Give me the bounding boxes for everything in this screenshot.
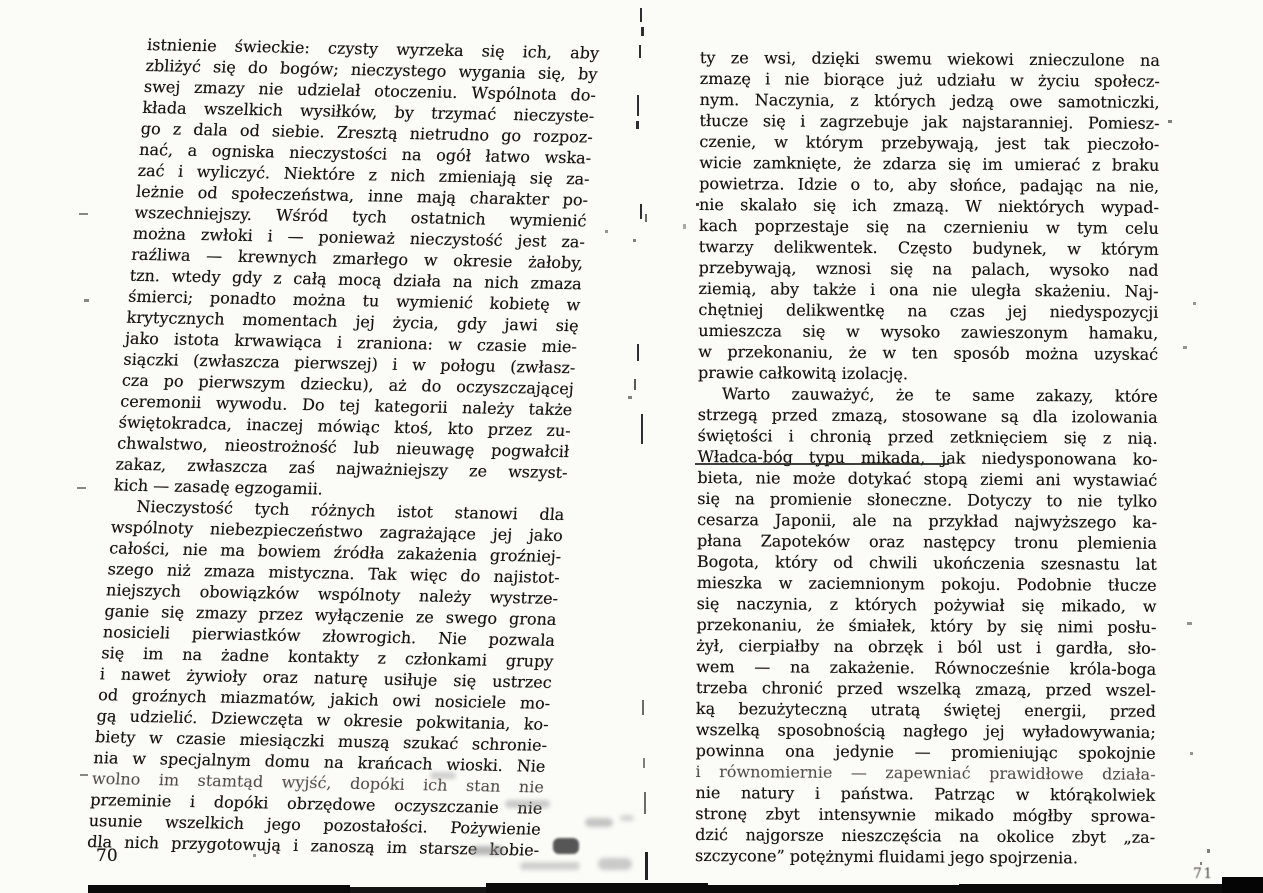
pencil-underline xyxy=(695,463,949,465)
margin-mark xyxy=(77,487,86,489)
text-line: kąbezużytecznąutratąświętejenergii,przed xyxy=(696,698,1156,722)
bottom-scan-bar xyxy=(88,885,350,893)
text-line: nym.Naczynia,zktórychjedząowesamotniczki… xyxy=(700,89,1160,113)
text-line: twarzydelikwentek.Częstobudynek,wktórym xyxy=(699,236,1159,260)
speck xyxy=(1193,302,1196,305)
text-line: żył,cierpiałbynaobrzękibólustigardła,sło… xyxy=(696,635,1156,659)
text-line: strzegąprzedzmazą,stosowanesądlaizolowan… xyxy=(698,404,1158,428)
margin-mark xyxy=(696,203,699,206)
gutter-fold-mark xyxy=(628,396,632,399)
text-line: chętniejdelikwentkęnaczasjejniedyspozycj… xyxy=(698,299,1158,323)
smudge xyxy=(430,772,456,779)
gutter-fold-mark xyxy=(637,344,639,361)
text-line: przekonaniu,żeśmiałek,którybysięnimiposł… xyxy=(696,614,1156,638)
margin-mark xyxy=(84,299,89,302)
gutter-fold-mark xyxy=(633,239,636,242)
text-line: czenie,wktórymprzebywają,jesttakpieczoło… xyxy=(699,131,1159,155)
smudge xyxy=(620,815,634,821)
text-line: irównomiernie—zapewniaćprawidłowedziała- xyxy=(696,761,1156,785)
gutter-fold-mark xyxy=(644,792,646,814)
text-line: Bogota,któryodchwiliukończeniaszesnastul… xyxy=(697,551,1157,575)
smudge xyxy=(520,862,580,870)
text-line: cesarzaJaponii,alenaprzykładnajwyższegok… xyxy=(697,509,1157,533)
bottom-scan-bar xyxy=(350,887,488,893)
speck xyxy=(1200,862,1202,865)
text-line: Wartozauważyć,żetesamezakazy,które xyxy=(698,383,1158,407)
text-line: zmazęiniebiorącejużudziałuwżyciuspołecz- xyxy=(700,68,1160,92)
page-number-left: 70 xyxy=(96,846,118,866)
text-line: nieskalałosięichzmazą.Wniektórychwypad- xyxy=(699,194,1159,218)
text-line: wprzekonaniu,żewtensposóbmożnauzyskać xyxy=(698,341,1158,365)
bottom-scan-bar xyxy=(1222,877,1263,893)
gutter-fold-mark xyxy=(642,700,644,715)
page-number-right: 71 xyxy=(1193,866,1214,882)
speck xyxy=(1190,752,1193,755)
margin-mark xyxy=(80,774,88,776)
speck xyxy=(1168,120,1172,123)
text-line: tyzewsi,dziękiswemuwiekowiznieczulonena xyxy=(700,47,1160,71)
bottom-scan-bar xyxy=(959,884,1225,893)
margin-mark xyxy=(79,213,88,215)
gutter-fold-mark xyxy=(645,852,648,880)
gutter-fold-mark xyxy=(640,204,642,219)
margin-mark xyxy=(683,224,686,229)
text-line: szczycone” potężnymi fluidami jego spojr… xyxy=(695,845,1155,869)
speck xyxy=(1183,346,1187,349)
speck xyxy=(1207,849,1210,853)
text-line: kachpoprzestajesięnaczernieniuwtymcelu xyxy=(699,215,1159,239)
text-line: Władca-bógtypumikada,jakniedysponowanako… xyxy=(697,446,1157,470)
smudge xyxy=(505,800,550,808)
text-line: nienaturyipaństwa.Patrzącwktórąkolwiek xyxy=(695,782,1155,806)
gutter-fold-mark xyxy=(639,45,641,58)
text-line: prawie całkowitą izolację. xyxy=(698,362,1158,386)
text-line: tłuczesięizagrzebujejaknajstaranniej.Pom… xyxy=(699,110,1159,134)
bottom-scan-bar xyxy=(706,885,961,893)
gutter-fold-mark xyxy=(643,758,645,768)
text-line: sięnaczynia,zktórychpożywiałsięmikado,w xyxy=(697,593,1157,617)
gutter-fold-mark xyxy=(645,214,647,222)
gutter-fold-mark xyxy=(636,121,639,129)
text-line: umieszczasięwwysokozawieszonymhamaku, xyxy=(698,320,1158,344)
text-line: mieszkawzaciemnionympokoju.Podobnietłucz… xyxy=(697,572,1157,596)
left-page-text: istnienieświeckie:czystywyrzekasięich,ab… xyxy=(86,34,599,861)
smudge xyxy=(553,838,579,854)
text-line: świętościichroniąprzedzetknięciemsięznią… xyxy=(698,425,1158,449)
text-line: płanaZapotekóworaznastępcytronuplemienia xyxy=(697,530,1157,554)
speck xyxy=(253,854,256,857)
text-line: powinnaonajedynie—promieniującspokojnie xyxy=(696,740,1156,764)
text-line: wszelkąsposobnościąnagłegojejwyładowywan… xyxy=(696,719,1156,743)
text-line: trzebachronićprzedwszelkązmazą,przedwsze… xyxy=(696,677,1156,701)
text-line: przebywają,wznosisięnapalach,wysokonad xyxy=(699,257,1159,281)
right-page-text: tyzewsi,dziękiswemuwiekowiznieczulonenaz… xyxy=(695,47,1160,869)
bottom-scan-bar xyxy=(486,883,708,893)
text-line: ziemią,abytakżeionanieuległaskażeniu.Naj… xyxy=(698,278,1158,302)
text-line: dzićnajgorszenieszczęścianaokolicezbyt„z… xyxy=(695,824,1155,848)
text-line: bieta,niemożedotykaćstopąziemianiwystawi… xyxy=(697,467,1157,491)
text-line: stronęzbytintensywniemikadomógłbysprowa- xyxy=(695,803,1155,827)
text-line: powietrza.Idzieoto,abysłońce,padającnani… xyxy=(699,173,1159,197)
gutter-fold-mark xyxy=(640,8,642,22)
text-line: wiciezamknięte,żezdarzasięimumieraćzbrak… xyxy=(699,152,1159,176)
smudge xyxy=(470,846,504,855)
text-line: sięnapromieniesłoneczne.Dotyczytonietylk… xyxy=(697,488,1157,512)
gutter-fold-mark xyxy=(634,379,636,390)
speck xyxy=(605,230,608,233)
speck xyxy=(1187,622,1192,625)
gutter-fold-mark xyxy=(637,95,639,116)
smudge xyxy=(598,858,632,870)
gutter-fold-mark xyxy=(641,414,643,444)
gutter-fold-mark xyxy=(641,27,644,36)
text-line: wem—nazakażenie.Równocześniekróla-boga xyxy=(696,656,1156,680)
smudge xyxy=(585,818,613,827)
